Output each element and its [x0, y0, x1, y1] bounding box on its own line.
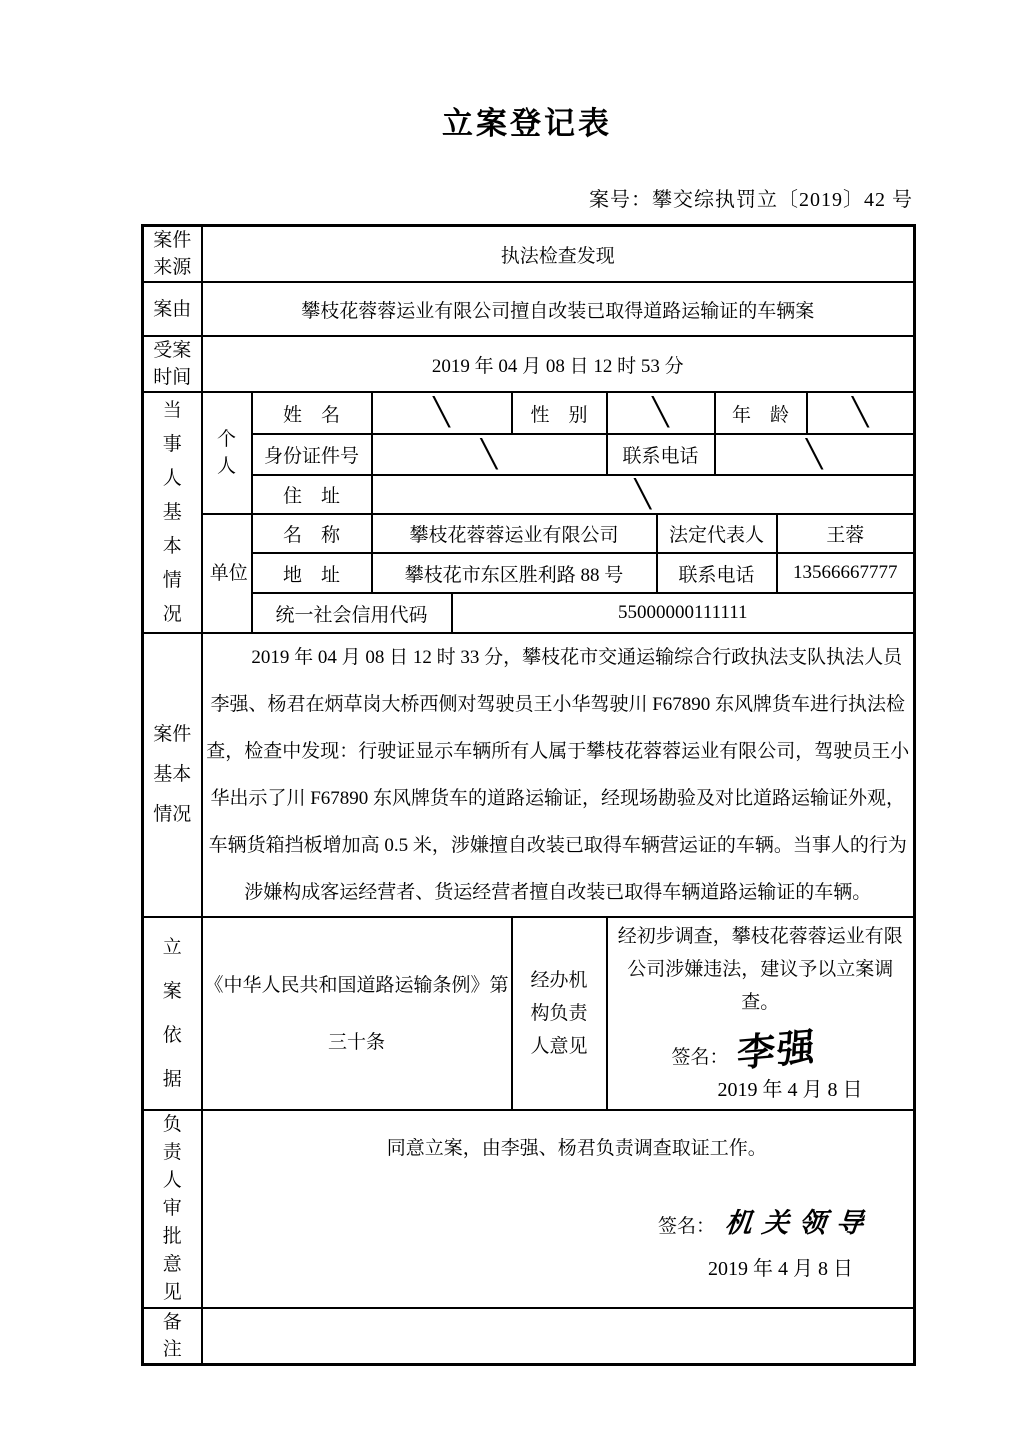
- approval-sign-label: 签名：: [658, 1216, 715, 1237]
- approval-signature-row: 签名：机关领导: [205, 1207, 912, 1243]
- individual-address-label: 住 址: [252, 475, 372, 514]
- approval-header-label: 负责人审批意见: [160, 1111, 184, 1307]
- row-org-address: 地 址 攀枝花市东区胜利路 88 号 联系电话 13566667777: [143, 553, 915, 593]
- individual-address-value: ╲: [372, 475, 915, 514]
- row-filing-basis: 立案依据 《中华人民共和国道路运输条例》第三十条 经办机构负责人意见 经初步调查…: [143, 917, 915, 1110]
- approval-header: 负责人审批意见: [143, 1110, 202, 1308]
- remarks-header: 备注: [143, 1308, 202, 1365]
- row-case-details: 案件基本情况 2019 年 04 月 08 日 12 时 33 分，攀枝花市交通…: [143, 633, 915, 917]
- empty-slash-mark: ╲: [635, 479, 651, 510]
- row-case-cause: 案由 攀枝花蓉蓉运业有限公司擅自改装已取得道路运输证的车辆案: [143, 282, 915, 336]
- row-remarks: 备注: [143, 1308, 915, 1365]
- row-individual-id: 身份证件号 ╲ 联系电话 ╲: [143, 434, 915, 475]
- org-address-label: 地 址: [252, 553, 372, 593]
- agency-sign-date: 2019 年 4 月 8 日: [610, 1074, 912, 1107]
- filing-basis-header-label: 立案依据: [160, 926, 184, 1102]
- page-title: 立案登记表: [141, 0, 913, 143]
- accept-time-header-label: 受案时间: [148, 337, 196, 391]
- approval-signature-handwriting: 机关领导: [723, 1207, 874, 1240]
- case-source-header: 案件来源: [143, 226, 202, 283]
- case-details-text: 2019 年 04 月 08 日 12 时 33 分，攀枝花市交通运输综合行政执…: [202, 633, 915, 917]
- agency-opinion-cell: 经初步调查，攀枝花蓉蓉运业有限公司涉嫌违法，建议予以立案调查。 签名：李强 20…: [607, 917, 915, 1110]
- accept-time-header: 受案时间: [143, 336, 202, 392]
- individual-age-value: ╲: [807, 392, 915, 434]
- agency-sign-label: 签名：: [672, 1047, 729, 1068]
- individual-group-header: 个人: [202, 392, 252, 514]
- case-filing-table: 案件来源 执法检查发现 案由 攀枝花蓉蓉运业有限公司擅自改装已取得道路运输证的车…: [141, 224, 916, 1366]
- empty-slash-mark: ╲: [652, 397, 668, 428]
- individual-phone-value: ╲: [715, 434, 915, 475]
- agency-signature-handwriting: 李强: [736, 1031, 817, 1071]
- case-cause-value: 攀枝花蓉蓉运业有限公司擅自改装已取得道路运输证的车辆案: [202, 282, 915, 336]
- case-number: 案号：攀交综执罚立〔2019〕42 号: [141, 183, 913, 212]
- individual-age-label: 年 龄: [715, 392, 807, 434]
- org-rep-label: 法定代表人: [657, 514, 777, 553]
- case-cause-header-label: 案由: [148, 296, 196, 323]
- approval-cell: 同意立案，由李强、杨君负责调查取证工作。 签名：机关领导 2019 年 4 月 …: [202, 1110, 915, 1308]
- row-approval: 负责人审批意见 同意立案，由李强、杨君负责调查取证工作。 签名：机关领导 201…: [143, 1110, 915, 1308]
- individual-id-value: ╲: [372, 434, 607, 475]
- org-credit-value: 55000000111111: [452, 593, 915, 633]
- empty-slash-mark: ╲: [433, 397, 449, 428]
- agency-opinion-header-label: 经办机构负责人意见: [515, 964, 604, 1063]
- row-case-source: 案件来源 执法检查发现: [143, 226, 915, 283]
- case-source-value: 执法检查发现: [202, 226, 915, 283]
- case-source-header-label: 案件来源: [148, 227, 196, 281]
- individual-phone-label: 联系电话: [607, 434, 715, 475]
- case-details-header-label: 案件基本情况: [148, 715, 196, 835]
- row-org-credit-code: 统一社会信用代码 55000000111111: [143, 593, 915, 633]
- row-individual-address: 住 址 ╲: [143, 475, 915, 514]
- org-address-value: 攀枝花市东区胜利路 88 号: [372, 553, 657, 593]
- remarks-header-label: 备注: [160, 1309, 184, 1363]
- filing-basis-header: 立案依据: [143, 917, 202, 1110]
- individual-id-label: 身份证件号: [252, 434, 372, 475]
- row-accept-time: 受案时间 2019 年 04 月 08 日 12 时 53 分: [143, 336, 915, 392]
- row-org-name: 单位 名 称 攀枝花蓉蓉运业有限公司 法定代表人 王蓉: [143, 514, 915, 553]
- org-name-label: 名 称: [252, 514, 372, 553]
- org-name-value: 攀枝花蓉蓉运业有限公司: [372, 514, 657, 553]
- empty-slash-mark: ╲: [852, 397, 868, 428]
- empty-slash-mark: ╲: [481, 439, 497, 470]
- row-individual-name: 当事人基本情况 个人 姓 名 ╲ 性 别 ╲ 年 龄 ╲: [143, 392, 915, 434]
- org-phone-label: 联系电话: [657, 553, 777, 593]
- individual-name-label: 姓 名: [252, 392, 372, 434]
- case-details-header: 案件基本情况: [143, 633, 202, 917]
- individual-gender-label: 性 别: [512, 392, 607, 434]
- individual-group-label: 个人: [215, 426, 239, 480]
- document-page: 立案登记表 案号：攀交综执罚立〔2019〕42 号 案件来源 执法检查发现 案由…: [0, 0, 1026, 1450]
- org-group-header: 单位: [202, 514, 252, 633]
- agency-signature-row: 签名：李强: [610, 1035, 912, 1074]
- party-info-header-label: 当事人基本情况: [160, 394, 184, 632]
- case-cause-header: 案由: [143, 282, 202, 336]
- agency-opinion-header: 经办机构负责人意见: [512, 917, 607, 1110]
- empty-slash-mark: ╲: [806, 439, 822, 470]
- org-rep-value: 王蓉: [777, 514, 915, 553]
- org-phone-value: 13566667777: [777, 553, 915, 593]
- approval-sign-date: 2019 年 4 月 8 日: [205, 1253, 912, 1286]
- org-credit-label: 统一社会信用代码: [252, 593, 452, 633]
- remarks-value: [202, 1308, 915, 1365]
- legal-basis-text: 《中华人民共和国道路运输条例》第三十条: [202, 917, 512, 1110]
- accept-time-value: 2019 年 04 月 08 日 12 时 53 分: [202, 336, 915, 392]
- party-info-header: 当事人基本情况: [143, 392, 202, 633]
- org-group-label: 单位: [205, 560, 252, 587]
- individual-gender-value: ╲: [607, 392, 715, 434]
- individual-name-value: ╲: [372, 392, 512, 434]
- approval-opinion-text: 同意立案，由李强、杨君负责调查取证工作。: [205, 1132, 912, 1165]
- agency-opinion-text: 经初步调查，攀枝花蓉蓉运业有限公司涉嫌违法，建议予以立案调查。: [610, 920, 912, 1019]
